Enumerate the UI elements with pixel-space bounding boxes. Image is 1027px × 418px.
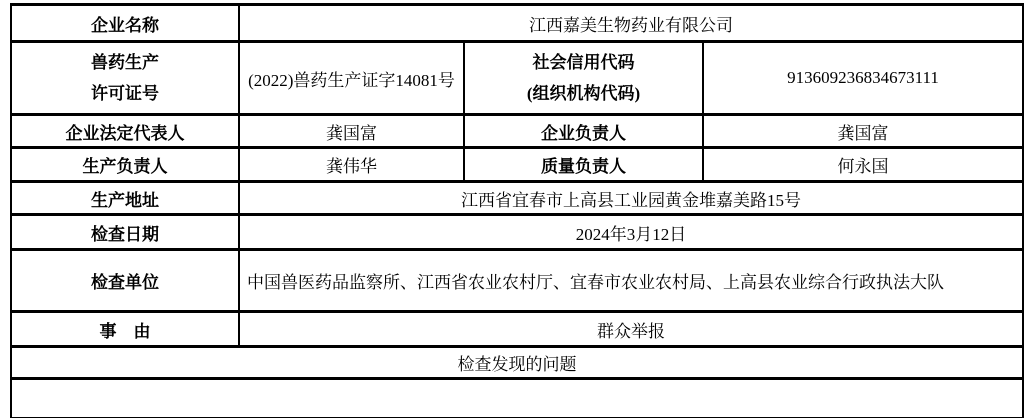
- row-findings-header: 检查发现的问题: [11, 347, 1023, 379]
- inspection-info-table: 企业名称 江西嘉美生物药业有限公司 兽药生产 许可证号 (2022)兽药生产证字…: [10, 3, 1024, 418]
- reason-value: 群众举报: [239, 312, 1023, 347]
- credit-code-label-line1: 社会信用代码: [469, 47, 698, 78]
- production-address-value: 江西省宜春市上高县工业园黄金堆嘉美路15号: [239, 182, 1023, 215]
- company-principal-label: 企业负责人: [464, 115, 703, 148]
- row-principals: 生产负责人 龚伟华 质量负责人 何永国: [11, 148, 1023, 182]
- row-findings-body-clipped: [11, 379, 1023, 418]
- legal-representative-value: 龚国富: [239, 115, 464, 148]
- inspection-date-value: 2024年3月12日: [239, 215, 1023, 250]
- inspection-date-label: 检查日期: [11, 215, 239, 250]
- company-principal-value: 龚国富: [703, 115, 1023, 148]
- row-license-and-credit-code: 兽药生产 许可证号 (2022)兽药生产证字14081号 社会信用代码 (组织机…: [11, 42, 1023, 115]
- row-reason: 事 由 群众举报: [11, 312, 1023, 347]
- credit-code-value: 913609236834673111: [703, 42, 1023, 115]
- license-label-line1: 兽药生产: [16, 47, 234, 78]
- reason-label: 事 由: [11, 312, 239, 347]
- company-name-value: 江西嘉美生物药业有限公司: [239, 5, 1023, 42]
- row-inspection-date: 检查日期 2024年3月12日: [11, 215, 1023, 250]
- production-address-label: 生产地址: [11, 182, 239, 215]
- row-representatives: 企业法定代表人 龚国富 企业负责人 龚国富: [11, 115, 1023, 148]
- inspection-unit-value: 中国兽医药品监察所、江西省农业农村厅、宜春市农业农村局、上高县农业综合行政执法大…: [239, 250, 1023, 312]
- inspection-unit-label: 检查单位: [11, 250, 239, 312]
- credit-code-label-line2: (组织机构代码): [469, 78, 698, 109]
- company-name-label: 企业名称: [11, 5, 239, 42]
- findings-body-cell: [11, 379, 1023, 418]
- legal-representative-label: 企业法定代表人: [11, 115, 239, 148]
- license-label-line2: 许可证号: [16, 78, 234, 109]
- quality-principal-label: 质量负责人: [464, 148, 703, 182]
- findings-section-header: 检查发现的问题: [11, 347, 1023, 379]
- row-inspection-unit: 检查单位 中国兽医药品监察所、江西省农业农村厅、宜春市农业农村局、上高县农业综合…: [11, 250, 1023, 312]
- license-label: 兽药生产 许可证号: [11, 42, 239, 115]
- license-value: (2022)兽药生产证字14081号: [239, 42, 464, 115]
- quality-principal-value: 何永国: [703, 148, 1023, 182]
- production-principal-label: 生产负责人: [11, 148, 239, 182]
- row-production-address: 生产地址 江西省宜春市上高县工业园黄金堆嘉美路15号: [11, 182, 1023, 215]
- credit-code-label: 社会信用代码 (组织机构代码): [464, 42, 703, 115]
- row-company-name: 企业名称 江西嘉美生物药业有限公司: [11, 5, 1023, 42]
- production-principal-value: 龚伟华: [239, 148, 464, 182]
